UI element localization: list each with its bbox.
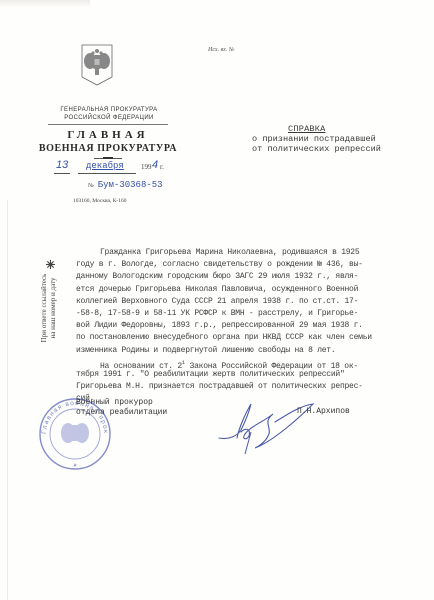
body-line: изменника Родины и подвергнутой лишению …: [76, 345, 426, 357]
coat-of-arms-icon: [80, 43, 114, 87]
handwritten-signature-icon: [215, 392, 315, 462]
document-number: № Бум-30368-53: [88, 180, 163, 190]
department-line-2: ВОЕННАЯ ПРОКУРАТУРА: [36, 142, 180, 155]
body-line: -58-8, 17-58-9 и 58-11 УК РСФСР к ВМН - …: [76, 308, 426, 320]
number-value: Бум-30368-53: [98, 180, 163, 190]
date-year-prefix: 199: [141, 163, 152, 171]
department-line-1: ГЛАВНАЯ: [36, 128, 180, 142]
position-line-2: отдела реабилитации: [76, 408, 167, 418]
number-prefix: №: [88, 183, 94, 189]
letterhead-address: 103160, Москва, К-160: [73, 198, 126, 204]
letterhead-organization: ГЕНЕРАЛЬНАЯ ПРОКУРАТУРА РОССИЙСКОЙ ФЕДЕР…: [44, 106, 174, 122]
body-line: году в г. Вологде, согласно свидетельств…: [76, 259, 426, 271]
date-day: 13: [56, 159, 68, 171]
certificate-subtitle-1: о признании пострадавшей: [252, 134, 390, 144]
body-line: по постановлению внесудебного органа при…: [76, 332, 426, 344]
signatory-name: П.Н.Архипов: [297, 407, 350, 416]
certificate-subtitle-2: от политических репрессий: [252, 144, 390, 154]
certificate-body: Гражданка Григорьева Марина Николаевна, …: [76, 247, 426, 405]
paper-fold-shadow: [0, 0, 90, 8]
certificate-heading: СПРАВКА: [288, 124, 390, 134]
date-month: декабря: [86, 161, 124, 171]
letterhead-divider: [48, 124, 168, 125]
date-month-underline: [78, 173, 136, 174]
reply-reference-note: При ответе ссылайтесь на наш номер и дат…: [40, 238, 76, 378]
body-line: коллегией Верховного Суда СССР 21 апреля…: [76, 296, 426, 308]
document-page: Исх. вх. № ГЕНЕРАЛЬНАЯ ПРОКУРАТУРА РОССИ…: [0, 0, 434, 600]
date-day-underline: [54, 173, 70, 174]
org-line-1: ГЕНЕРАЛЬНАЯ ПРОКУРАТУРА: [44, 106, 174, 114]
body-line: тября 1991 г. "О реабилитации жертв поли…: [76, 369, 426, 381]
signatory-position: Военный прокурор отдела реабилитации: [76, 398, 167, 418]
letterhead-department: ГЛАВНАЯ ВОЕННАЯ ПРОКУРАТУРА: [36, 128, 180, 155]
side-note-line-1: При ответе ссылайтесь: [40, 238, 49, 378]
date-year-unit: г.: [160, 163, 164, 171]
flower-ornament-icon: [46, 260, 55, 269]
certificate-title: СПРАВКА о признании пострадавшей от поли…: [250, 124, 390, 154]
body-line: Гражданка Григорьева Марина Николаевна, …: [76, 247, 426, 259]
body-line: вой Лидии Федоровны, 1893 г.р., репресси…: [76, 320, 426, 332]
position-line-1: Военный прокурор: [76, 398, 167, 408]
paper-edge: [7, 200, 8, 600]
document-date: 13 декабря 199 4 г.: [48, 162, 188, 176]
side-note-line-2: на наш номер и дату: [49, 238, 58, 378]
org-line-2: РОССИЙСКОЙ ФЕДЕРАЦИИ: [44, 114, 174, 122]
body-line: данному Вологодским городским бюро ЗАГС …: [76, 271, 426, 283]
body-line-legal-basis: На основании ст. 21 Закона Российской Фе…: [76, 357, 426, 369]
reference-number-label: Исх. вх. №: [208, 47, 235, 53]
date-year-suffix: 4: [152, 159, 158, 171]
letterhead-dash-accent: [103, 157, 113, 159]
body-line: ется дочерью Григорьева Николая Павлович…: [76, 284, 426, 296]
